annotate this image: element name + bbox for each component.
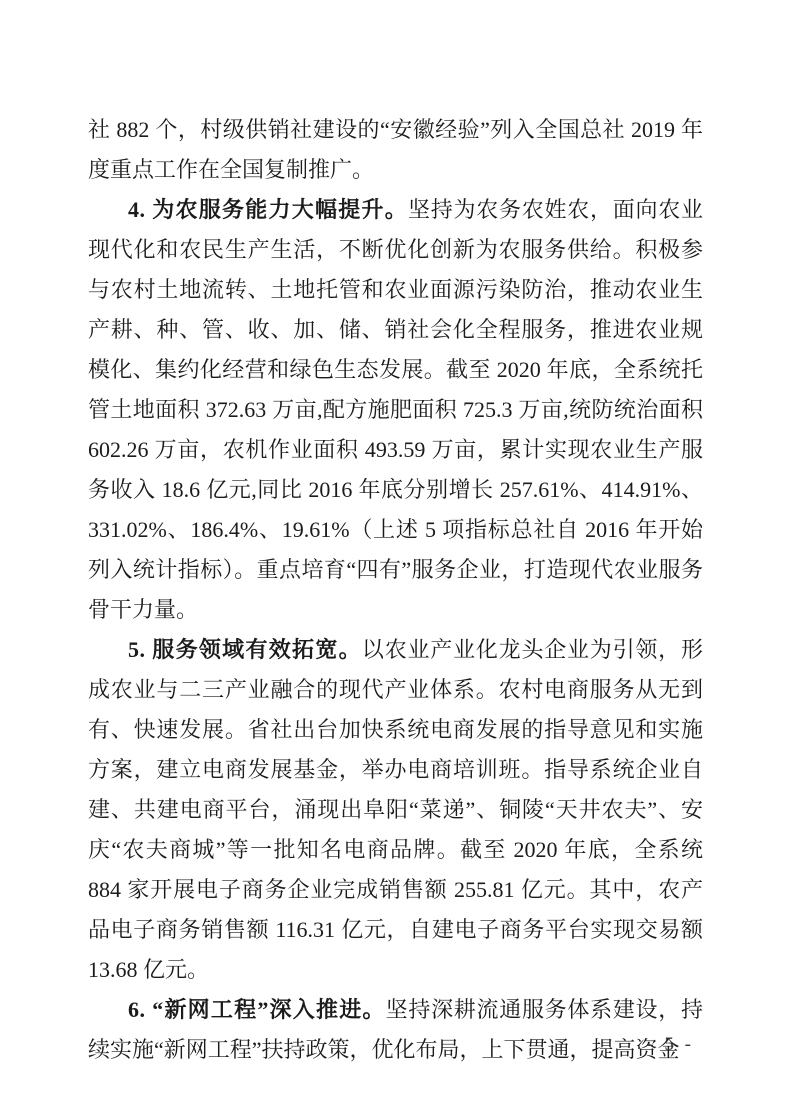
document-body: 社 882 个，村级供销社建设的“安徽经验”列入全国总社 2019 年度重点工作… [88,110,703,1070]
paragraph-text: 以农业产业化龙头企业为引领，形成农业与二三产业融合的现代产业体系。农村电商服务从… [88,637,703,982]
paragraph-item-5: 5. 服务领域有效拓宽。以农业产业化龙头企业为引领，形成农业与二三产业融合的现代… [88,630,703,990]
paragraph-continuation: 社 882 个，村级供销社建设的“安徽经验”列入全国总社 2019 年度重点工作… [88,110,703,190]
paragraph-text: 社 882 个，村级供销社建设的“安徽经验”列入全国总社 2019 年度重点工作… [88,117,703,182]
paragraph-lead: 5. 服务领域有效拓宽。 [128,637,362,662]
paragraph-item-6: 6. “新网工程”深入推进。坚持深耕流通服务体系建设，持续实施“新网工程”扶持政… [88,990,703,1070]
document-page: 社 882 个，村级供销社建设的“安徽经验”列入全国总社 2019 年度重点工作… [0,0,790,1118]
paragraph-text: 坚持为农务农姓农，面向农业现代化和农民生产生活，不断优化创新为农服务供给。积极参… [88,197,703,622]
paragraph-lead: 6. “新网工程”深入推进。 [128,997,386,1022]
paragraph-item-4: 4. 为农服务能力大幅提升。坚持为农务农姓农，面向农业现代化和农民生产生活，不断… [88,190,703,630]
page-number: - 5 - [647,1034,694,1056]
paragraph-lead: 4. 为农服务能力大幅提升。 [128,197,408,222]
